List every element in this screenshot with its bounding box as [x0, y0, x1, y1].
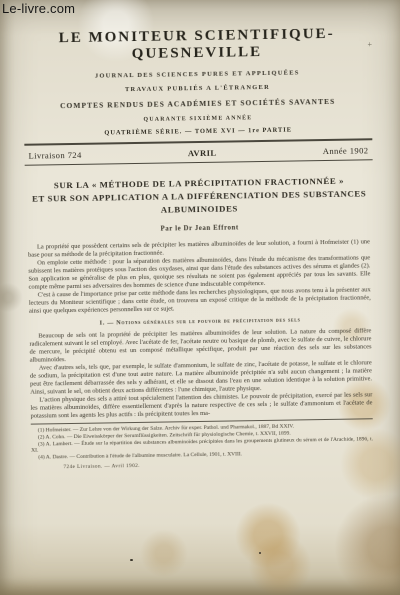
- section-paragraphs: Beaucoup de sels ont la propriété de pré…: [29, 328, 372, 420]
- article-body: La propriété que possèdent certains sels…: [28, 239, 373, 420]
- article-byline: Par le Dr Jean Effront: [0, 222, 400, 235]
- issue-number: Livraison 724: [28, 150, 81, 161]
- article-title: SUR LA « MÉTHODE DE LA PRÉCIPITATION FRA…: [0, 174, 399, 219]
- seller-watermark: Le-livre.com: [2, 1, 75, 16]
- issue-year: Année 1902: [323, 145, 369, 156]
- intro-paragraphs: La propriété que possèdent certains sels…: [28, 239, 371, 316]
- journal-subtitle-2: TRAVAUX PUBLIÉS A L'ÉTRANGER: [0, 82, 398, 95]
- journal-year-line: QUARANTE SIXIÈME ANNÉE: [0, 113, 398, 125]
- paper-speck: [259, 552, 261, 554]
- section-heading: I. — Notions générales sur le pouvoir de…: [29, 316, 371, 329]
- journal-series-line: QUATRIÈME SÉRIE. — TOME XVI — 1re PARTIE: [0, 125, 398, 138]
- issue-month: AVRIL: [188, 148, 217, 158]
- paragraph: L'action physique des sels a attiré tout…: [30, 391, 372, 420]
- journal-title: LE MONITEUR SCIENTIFIQUE-QUESNEVILLE: [0, 25, 397, 65]
- paragraph: C'est à cause de l'importance prise par …: [29, 286, 371, 315]
- paper-speck: [130, 559, 133, 561]
- footnotes: (1) Hofmeister. — Zur Lehre von der Wirk…: [31, 423, 373, 461]
- journal-subtitle-3: COMPTES RENDUS DES ACADÉMIES ET SOCIÉTÉS…: [0, 96, 398, 111]
- scanned-journal-cover: Le-livre.com + LE MONITEUR SCIENTIFIQUE-…: [0, 0, 400, 595]
- print-mark: 724e Livraison. — Avril 1902.: [63, 459, 400, 470]
- printed-page: LE MONITEUR SCIENTIFIQUE-QUESNEVILLE JOU…: [0, 25, 400, 472]
- journal-subtitle-1: JOURNAL DES SCIENCES PURES ET APPLIQUÉES: [0, 68, 397, 81]
